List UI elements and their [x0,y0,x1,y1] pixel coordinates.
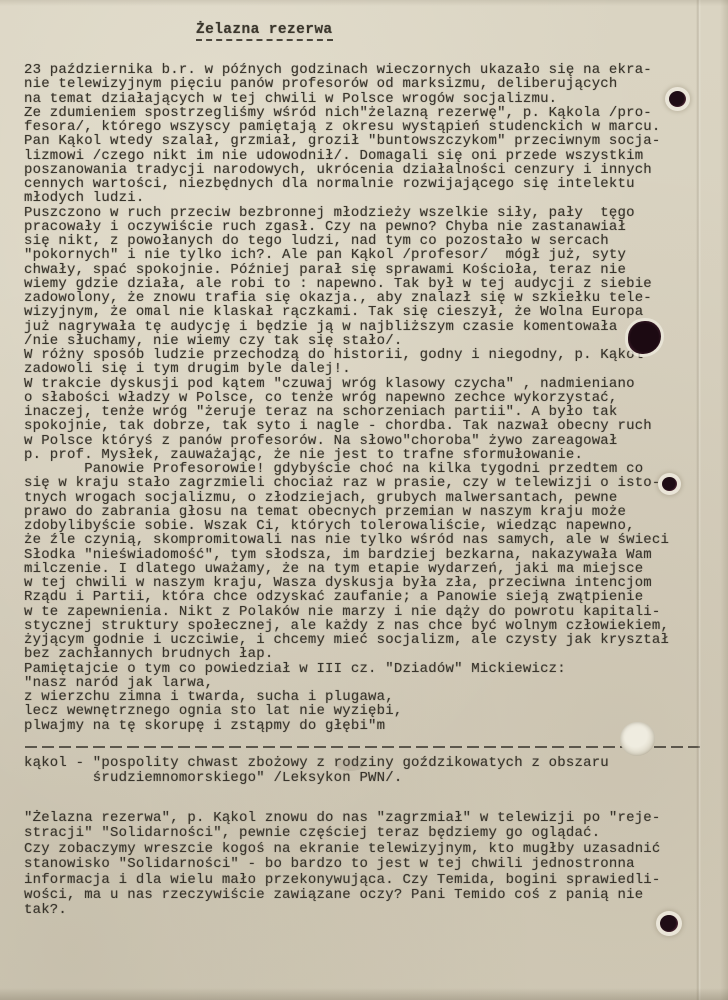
text-line: Ze zdumieniem spostrzegliśmy wśród nich"… [24,106,669,120]
text-line: W trakcie dyskusji pod kątem "czuwaj wró… [24,377,669,391]
punch-hole-bottom-right [660,915,678,932]
addendum-line: tak?. [24,903,661,918]
text-line: o słabości władzy w Polsce, co tenże wró… [24,391,669,405]
paper-blob-stain [620,722,655,756]
text-line: już nagrywała tę audycję i będzie ją w n… [24,320,669,334]
footnote: kąkol - "pospolity chwast zbożowy z rodz… [24,756,609,786]
text-line: wiemy gdzie działa, ale robi to : napewn… [24,277,669,291]
text-line: Puszczono w ruch przeciw bezbronnej młod… [24,206,669,220]
text-line: poszanowania tradycji narodowych, ukróce… [24,163,669,177]
document-body: 23 października b.r. w późnych godzinach… [24,63,669,733]
text-line: plwajmy na tę skorupę i zstąpmy do głębi… [24,719,669,733]
footnote-line: śrudziemnomorskiego" /Leksykon PWN/. [24,771,609,786]
text-line: "pokornych" i nie tylko ich?. Ale pan Ką… [24,248,669,262]
ink-smudge [336,759,364,771]
paper-edge-top [0,0,728,6]
text-line: w Polsce któryś z panów profesorów. Na s… [24,434,669,448]
paper-edge-bottom [0,988,728,1000]
paper-crease [696,0,701,1000]
text-line: spokojnie, tak dobrze, tak syto i nagle … [24,419,669,433]
paper-edge-right [720,0,728,1000]
text-line: że źle czynią, skompromitowali nas nie t… [24,533,669,547]
addendum-line: stracji" "Solidarności", pewnie częściej… [24,826,661,841]
text-line: prawo do zabrania głosu na temat obecnyc… [24,505,669,519]
punch-hole-mid-right [662,477,677,491]
addendum-line: wości, ma u nas rzeczywiście zawiązane o… [24,888,661,903]
text-line: pracowały i oczywiście ruch zgasł. Czy n… [24,220,669,234]
text-line: Rządu i Partii, która chce odzyskać zauf… [24,590,669,604]
addendum-line: informacja i dla wielu mało przekonywują… [24,873,661,888]
text-line: nie telewizyjnym pięciu panów profesorów… [24,77,669,91]
typewritten-document-page: Żelazna rezerwa 23 października b.r. w p… [0,0,728,1000]
text-line: się w kraju stało zagrzmieli chociaż raz… [24,476,669,490]
text-line: "nasz naród jak larwa, [24,676,669,690]
punch-hole-top-right [669,91,686,107]
text-line: stycznej struktury społecznej, ale każdy… [24,619,669,633]
text-line: bez zachłannych brudnych łap. [24,647,669,661]
text-line: Pan Kąkol wtedy szalał, grzmiał, groził … [24,134,669,148]
text-line: tnych wrogach socjalizmu, o złodziejach,… [24,491,669,505]
text-line: w te zapewnienia. Nikt z Polaków nie mar… [24,605,669,619]
footnote-line: kąkol - "pospolity chwast zbożowy z rodz… [24,756,609,771]
text-line: lecz wewnętrznego ognia sto lat nie wyzi… [24,704,669,718]
text-line: młodych ludzi. [24,191,669,205]
page-title: Żelazna rezerwa [196,22,333,41]
text-line: chwały, spać spokojnie. Później parał si… [24,263,669,277]
dashed-separator [25,746,703,748]
text-line: milczenie. I dlatego uważamy, że na tym … [24,562,669,576]
text-line: p. prof. Mysłek, zauważając, że nie jest… [24,448,669,462]
text-line: Pamiętajcie o tym co powiedział w III cz… [24,662,669,676]
addendum: "Żelazna rezerwa", p. Kąkol znowu do nas… [24,811,661,919]
text-line: /nie słuchamy, nie wiemy czy tak się sta… [24,334,669,348]
text-line: lizmowi /czego nikt im nie udowodnił/. D… [24,149,669,163]
addendum-line: stanowisko "Solidarności" - bo bardzo to… [24,857,661,872]
text-line: Słodka "nieświadomość", tym słodsza, im … [24,548,669,562]
addendum-line: Czy zobaczymy wreszcie kogoś na ekranie … [24,842,661,857]
text-line: zadowoli się i tym drugim byle dalej!. [24,362,669,376]
text-line: wizyjnym, że omal nie klaskał rączkami. … [24,305,669,319]
text-line: na temat działających w tej chwili w Pol… [24,92,669,106]
